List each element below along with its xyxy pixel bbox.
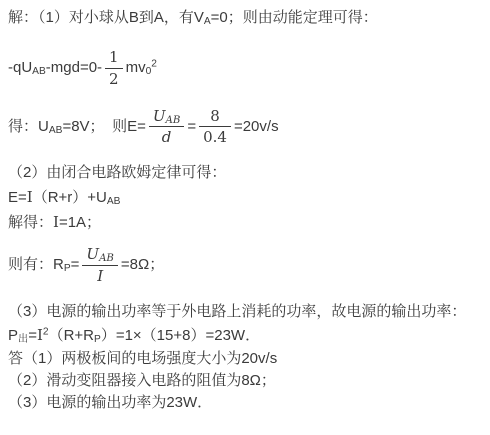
- solution-line-field-strength: 得：UAB=8V； 则E=UABd=80.4=20v/s: [8, 107, 484, 148]
- text-run: -qU: [8, 59, 32, 76]
- fraction-uab-over-i: UABI: [82, 245, 118, 286]
- text-run: =0；则由动能定理可得：: [211, 9, 378, 26]
- fraction-denominator: 2: [105, 69, 123, 89]
- spacer: [97, 118, 112, 135]
- text-run: （R+r）+U: [33, 189, 107, 206]
- equation-output-power: P出=I2（R+RP）=1×（15+8）=23W．: [8, 325, 484, 346]
- text-run: E=: [8, 189, 27, 206]
- fraction-numerator: UAB: [149, 107, 185, 128]
- text-run: =8V；: [62, 118, 97, 135]
- text-run: =20v/s: [234, 118, 279, 135]
- text-run: 得：U: [8, 118, 49, 135]
- subscript: A: [204, 16, 211, 27]
- text-run: ）=1×（15+8）=23W．: [101, 327, 260, 344]
- text-run: =: [187, 118, 196, 135]
- text-run: （3）电源的输出功率为23W．: [8, 394, 212, 411]
- subscript: AB: [49, 125, 63, 136]
- fraction-one-half: 12: [105, 48, 123, 89]
- text-run: =: [28, 327, 37, 344]
- text-run: （3）电源的输出功率等于外电路上消耗的功率，故电源的输出功率：: [8, 303, 466, 320]
- fraction-denominator: 0.4: [199, 127, 231, 147]
- subscript: P: [64, 263, 71, 274]
- solution-document: 解：（1）对小球从B到A，有VA=0；则由动能定理可得： -qUAB-mgd=0…: [0, 0, 490, 435]
- fraction-8-over-0p4: 80.4: [199, 107, 231, 148]
- text-run: 答（1）两极板间的电场强度大小为20v/s: [8, 350, 277, 367]
- text-run: =8Ω；: [121, 256, 164, 273]
- text-run: 则E=: [112, 118, 146, 135]
- answer-line-2: （2）滑动变阻器接入电路的阻值为8Ω；: [8, 371, 484, 391]
- superscript: 2: [151, 59, 157, 70]
- solution-line-part2-heading: （2）由闭合电路欧姆定律可得：: [8, 163, 484, 183]
- solution-line-current-result: 解得：I=1A；: [8, 212, 484, 233]
- equation-ohms-law: E=I（R+r）+UAB: [8, 187, 484, 208]
- text-run: -mgd=0-: [46, 59, 102, 76]
- fraction-denominator: I: [82, 266, 118, 286]
- text-run: （2）滑动变阻器接入电路的阻值为8Ω；: [8, 372, 276, 389]
- variable: U: [86, 245, 99, 263]
- text-run: 解：（1）对小球从B到A，有V: [8, 9, 204, 26]
- variable: U: [153, 107, 166, 125]
- subscript: AB: [107, 196, 121, 207]
- answer-line-1: 答（1）两极板间的电场强度大小为20v/s: [8, 349, 484, 369]
- equation-resistance: 则有：RP=UABI=8Ω；: [8, 245, 484, 286]
- text-run: mv: [126, 59, 146, 76]
- fraction-numerator: UAB: [82, 245, 118, 266]
- equation-energy-theorem: -qUAB-mgd=0-12mv02: [8, 48, 484, 89]
- fraction-numerator: 8: [199, 107, 231, 128]
- fraction-numerator: 1: [105, 48, 123, 69]
- text-run: =1A；: [59, 214, 101, 231]
- text-run: P: [8, 327, 18, 344]
- subscript: AB: [165, 114, 180, 125]
- solution-line-part3-heading: （3）电源的输出功率等于外电路上消耗的功率，故电源的输出功率：: [8, 302, 484, 322]
- subscript: 出: [18, 333, 28, 344]
- subscript: P: [94, 333, 101, 344]
- text-run: 解得：: [8, 214, 53, 231]
- fraction-denominator: d: [149, 127, 185, 147]
- text-run: 则有：R: [8, 256, 64, 273]
- subscript: AB: [99, 253, 114, 264]
- subscript: AB: [32, 66, 46, 77]
- solution-line-1: 解：（1）对小球从B到A，有VA=0；则由动能定理可得：: [8, 8, 484, 28]
- text-run: （2）由闭合电路欧姆定律可得：: [8, 164, 226, 181]
- text-run: （R+R: [49, 327, 94, 344]
- fraction-uab-over-d: UABd: [149, 107, 185, 148]
- text-run: =: [71, 256, 80, 273]
- answer-line-3: （3）电源的输出功率为23W．: [8, 393, 484, 413]
